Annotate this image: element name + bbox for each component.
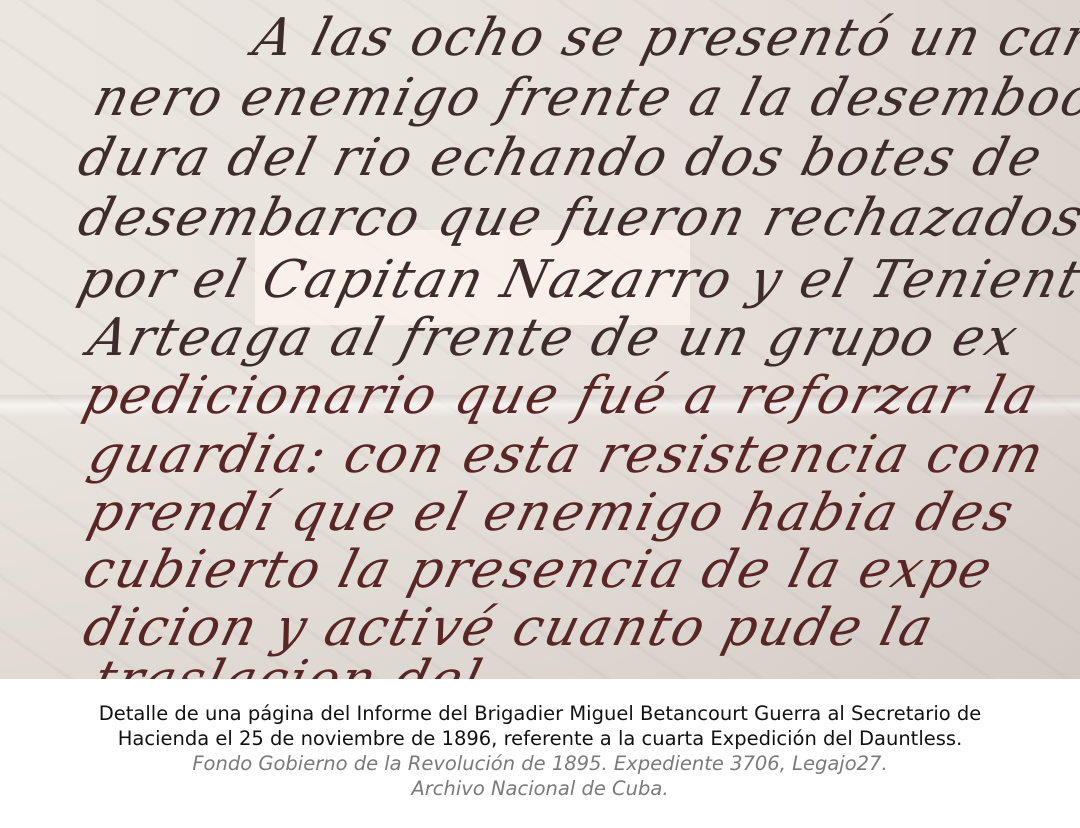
manuscript-line: A las ocho se presentó un caño [248, 8, 1080, 68]
caption-line-1: Detalle de una página del Informe del Br… [0, 701, 1080, 726]
manuscript-line: prendí que el enemigo habia des [83, 483, 1022, 543]
figure-caption: Detalle de una página del Informe del Br… [0, 679, 1080, 828]
manuscript-photo: A las ocho se presentó un caño nero enem… [0, 0, 1080, 679]
manuscript-line: desembarco que fueron rechazados [73, 188, 1080, 248]
manuscript-line: nero enemigo frente a la desemboca [88, 68, 1080, 128]
caption-line-2: Hacienda el 25 de noviembre de 1896, ref… [0, 726, 1080, 751]
caption-source: Fondo Gobierno de la Revolución de 1895.… [0, 751, 1080, 801]
manuscript-line: cubierto la presencia de la expe [78, 540, 1000, 600]
figure: A las ocho se presentó un caño nero enem… [0, 0, 1080, 828]
manuscript-line: por el Capitan Nazarro y el Teniente [73, 250, 1080, 310]
caption-description: Detalle de una página del Informe del Br… [0, 701, 1080, 751]
caption-source-line-2: Archivo Nacional de Cuba. [0, 776, 1080, 801]
caption-source-line-1: Fondo Gobierno de la Revolución de 1895.… [0, 751, 1080, 776]
manuscript-line: dura del rio echando dos botes de [73, 128, 1050, 188]
manuscript-line: Arteaga al frente de un grupo ex [83, 308, 1026, 368]
handwritten-text: A las ocho se presentó un caño nero enem… [0, 0, 1080, 679]
manuscript-line: traslacion del ... [88, 650, 564, 679]
manuscript-line: pedicionario que fué a reforzar la [78, 366, 1046, 426]
manuscript-line: guardia: con esta resistencia com [83, 425, 1052, 485]
manuscript-line: dicion y activé cuanto pude la [78, 598, 941, 658]
